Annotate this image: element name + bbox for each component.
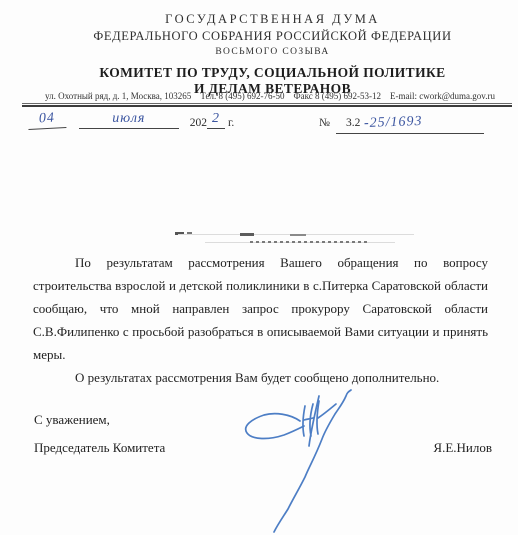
handwritten-date-day: 04: [28, 110, 67, 130]
redacted-line-remnant: [290, 234, 306, 236]
redacted-line-remnant: [240, 233, 254, 236]
phone-number: Тел. 8 (495) 692-76-50: [200, 91, 284, 101]
redacted-line-remnant: [250, 241, 368, 243]
body-paragraph-1: По результатам рассмотрения Вашего обращ…: [33, 251, 488, 366]
email-address: E-mail: cwork@duma.gov.ru: [390, 91, 495, 101]
reference-row: 04 июля 2022г. №3.2-25/1693: [28, 111, 490, 137]
outgoing-number: 3.2-25/1693: [336, 115, 484, 134]
letter-body: По результатам рассмотрения Вашего обращ…: [33, 251, 488, 389]
redacted-addressee-block: [0, 225, 518, 249]
letter-page: ГОСУДАРСТВЕННАЯ ДУМА ФЕДЕРАЛЬНОГО СОБРАН…: [0, 0, 518, 535]
contact-row: ул. Охотный ряд, д. 1, Москва, 103265 Те…: [45, 91, 495, 101]
body-paragraph-2: О результатах рассмотрения Вам будет соо…: [33, 366, 488, 389]
salutation: С уважением,: [34, 412, 165, 428]
letterhead-divider: [22, 103, 512, 107]
signer-name: Я.Е.Нилов: [433, 440, 492, 456]
outgoing-number-group: №3.2-25/1693: [319, 115, 484, 134]
closing-block: С уважением, Председатель Комитета: [34, 412, 165, 456]
year-group: 2022г.: [190, 117, 235, 129]
fax-number: Факс 8 (495) 692-53-12: [294, 91, 382, 101]
number-sign: №: [319, 117, 330, 129]
letterhead: ГОСУДАРСТВЕННАЯ ДУМА ФЕДЕРАЛЬНОГО СОБРАН…: [55, 12, 490, 97]
postal-address: ул. Охотный ряд, д. 1, Москва, 103265: [45, 91, 191, 101]
handwritten-year-digit: 2: [207, 111, 225, 129]
handwritten-number-part: -25/1693: [364, 114, 423, 132]
handwritten-date-month: июля: [79, 111, 179, 129]
signer-position: Председатель Комитета: [34, 440, 165, 456]
year-suffix: г.: [228, 117, 234, 129]
org-name-line1: ГОСУДАРСТВЕННАЯ ДУМА: [55, 12, 490, 27]
convocation-line: ВОСЬМОГО СОЗЫВА: [55, 47, 490, 57]
signature-icon: [233, 388, 353, 535]
year-printed: 202: [190, 117, 207, 129]
org-name-line2: ФЕДЕРАЛЬНОГО СОБРАНИЯ РОССИЙСКОЙ ФЕДЕРАЦ…: [55, 29, 490, 44]
number-printed-part: 3.2: [346, 117, 360, 129]
committee-title-line1: КОМИТЕТ ПО ТРУДУ, СОЦИАЛЬНОЙ ПОЛИТИКЕ: [55, 65, 490, 81]
